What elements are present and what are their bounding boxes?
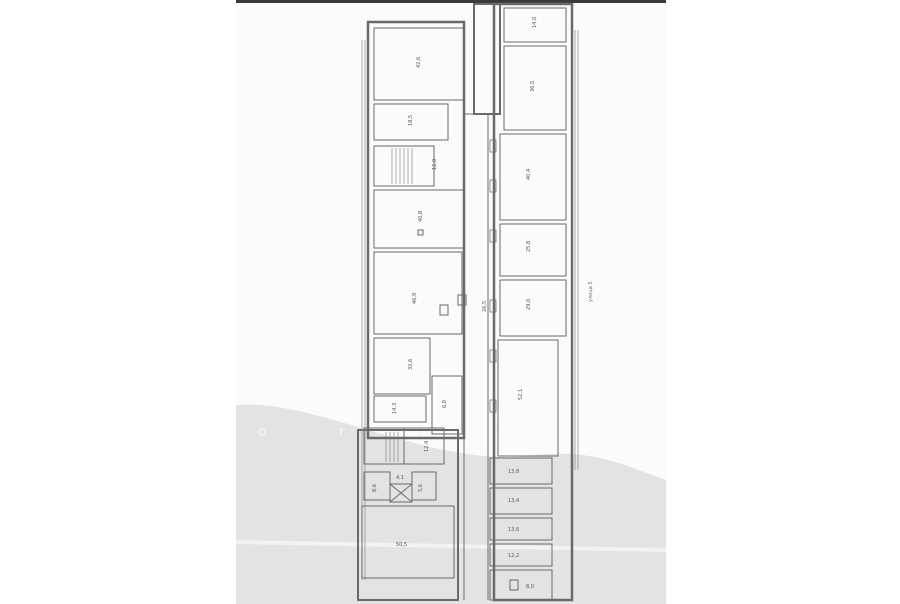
room [490, 488, 552, 514]
room-label: 14,3 [392, 403, 398, 414]
room [374, 338, 430, 394]
corridor-label: 26,5 [482, 301, 488, 312]
room-label: 32,6 [408, 359, 414, 370]
room [500, 224, 566, 276]
room [498, 340, 558, 456]
room [490, 458, 552, 484]
room [500, 280, 566, 336]
room-label: 40,4 [526, 169, 532, 180]
room [490, 518, 552, 540]
room-label: 5,6 [418, 484, 424, 492]
room-label: 18,5 [408, 115, 414, 126]
room-label: 12,0 [432, 159, 438, 170]
room [490, 544, 552, 566]
room-label: 4,1 [396, 475, 404, 481]
room-label: 29,0 [526, 299, 532, 310]
room-label: 42,6 [416, 57, 422, 68]
left-wing [358, 22, 466, 600]
room-label: 6,8 [442, 400, 448, 408]
room-label: 40,8 [418, 211, 424, 222]
room-label: 8,6 [372, 484, 378, 492]
room-label: 13,6 [508, 527, 519, 533]
room-label: 36,5 [530, 81, 536, 92]
room [374, 396, 426, 422]
room-label: 52,1 [518, 389, 524, 400]
room-label: 8,0 [526, 584, 534, 590]
room-label: 12,2 [508, 553, 519, 559]
room-label: 14,0 [532, 17, 538, 28]
room [362, 506, 454, 578]
right-wing [490, 4, 578, 600]
room [500, 134, 566, 220]
room [490, 570, 552, 600]
room-label: 50,5 [396, 542, 407, 548]
room-label: 13,8 [508, 469, 519, 475]
room [412, 472, 436, 500]
room-label: 12,4 [424, 441, 430, 452]
room-label: 46,9 [412, 293, 418, 304]
room [374, 252, 462, 334]
floor-plan: 42,6 18,5 12,0 40,8 46,9 32,6 6,8 14,3 1… [0, 0, 900, 604]
room-label: 25,8 [526, 241, 532, 252]
room-label: 13,4 [508, 498, 519, 504]
